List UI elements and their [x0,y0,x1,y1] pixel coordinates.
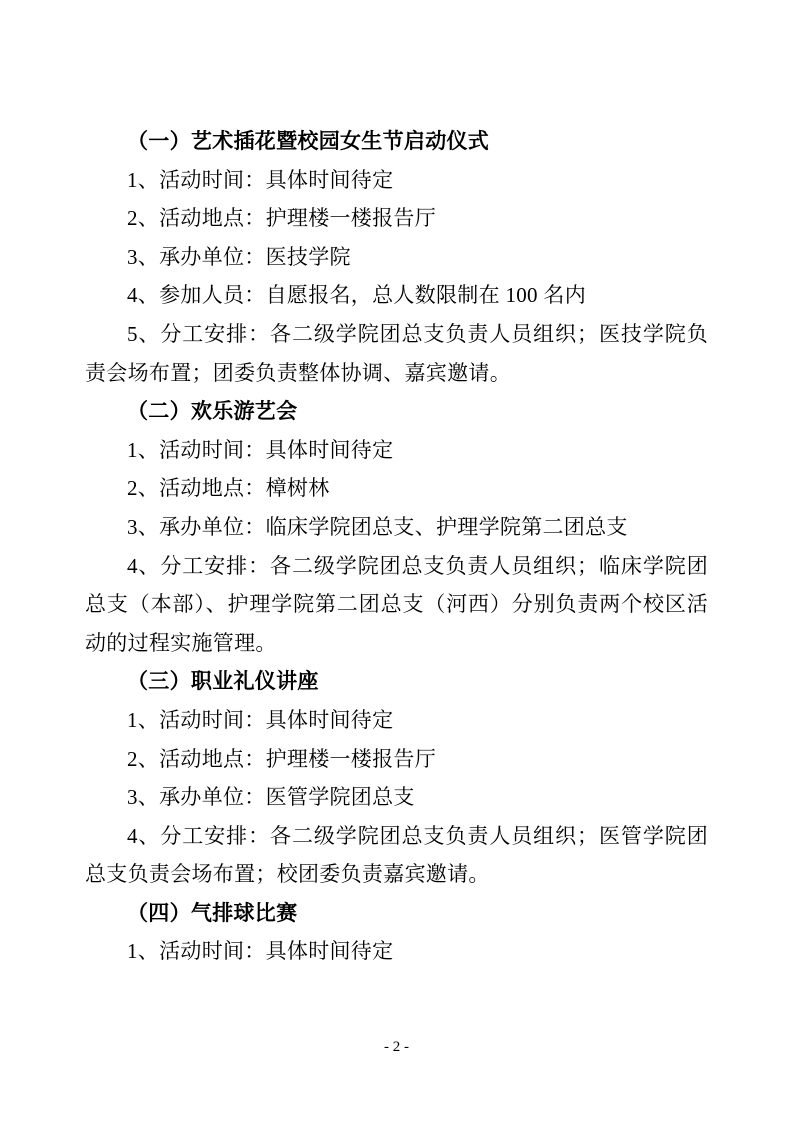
document-page: （一）艺术插花暨校园女生节启动仪式 1、活动时间：具体时间待定 2、活动地点：护… [0,0,793,1122]
section-2-item-2: 2、活动地点：樟树林 [85,469,708,508]
section-1-item-2: 2、活动地点：护理楼一楼报告厅 [85,199,708,238]
section-3-item-3: 3、承办单位：医管学院团总支 [85,778,708,817]
section-3-item-1: 1、活动时间：具体时间待定 [85,701,708,740]
page-number: - 2 - [0,1037,793,1057]
section-1-item-5: 5、分工安排：各二级学院团总支负责人员组织；医技学院负责会场布置；团委负责整体协… [85,315,708,392]
document-body: （一）艺术插花暨校园女生节启动仪式 1、活动时间：具体时间待定 2、活动地点：护… [85,0,708,971]
section-2-item-3: 3、承办单位：临床学院团总支、护理学院第二团总支 [85,508,708,547]
section-1-item-3: 3、承办单位：医技学院 [85,238,708,277]
section-3-heading: （三）职业礼仪讲座 [85,662,708,701]
section-1-item-4: 4、参加人员：自愿报名，总人数限制在 100 名内 [85,276,708,315]
section-2-item-4: 4、分工安排：各二级学院团总支负责人员组织；临床学院团总支（本部）、护理学院第二… [85,547,708,663]
section-2-item-1: 1、活动时间：具体时间待定 [85,431,708,470]
section-2-heading: （二）欢乐游艺会 [85,392,708,431]
section-1-item-1: 1、活动时间：具体时间待定 [85,161,708,200]
section-4-heading: （四）气排球比赛 [85,894,708,933]
section-1-heading: （一）艺术插花暨校园女生节启动仪式 [85,122,708,161]
section-3-item-2: 2、活动地点：护理楼一楼报告厅 [85,740,708,779]
section-4-item-1: 1、活动时间：具体时间待定 [85,932,708,971]
section-3-item-4: 4、分工安排：各二级学院团总支负责人员组织；医管学院团总支负责会场布置；校团委负… [85,817,708,894]
